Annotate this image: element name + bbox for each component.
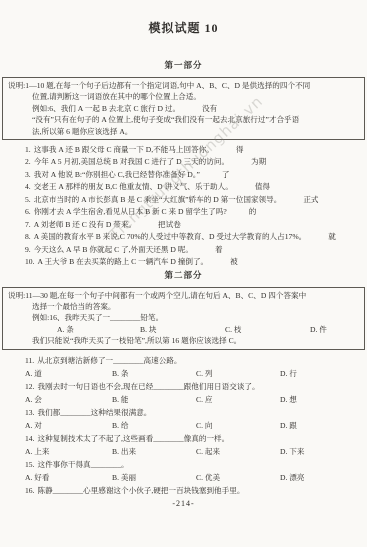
option-a: A. 会 [25, 393, 112, 406]
placement-word: 被 [230, 257, 238, 266]
option-c: C. 应 [196, 393, 280, 406]
example-word: 没有 [202, 104, 217, 113]
option-b: B. 能 [112, 393, 196, 406]
part1-instructions-box: 说明:1—10 题,在每一个句子后边都有一个指定词语,句中 A、B、C、D 是供… [2, 77, 365, 140]
question-number: 8. [25, 232, 31, 241]
part2-heading: 第二部分 [0, 270, 367, 281]
question-number: 16. [25, 486, 35, 495]
instruction-line-2: 位置,请判断这一词语放在其中的哪个位置上合适。 [8, 91, 359, 102]
question-text: A 美国的教育水平 B 来说,C 70%的人受过中等教育、D 受过大学教育的人占… [34, 232, 307, 241]
option-d: D. 行 [280, 367, 363, 380]
question-number: 9. [25, 245, 31, 254]
placement-word: 把试卷 [158, 220, 181, 229]
option-a: A. 条 [57, 324, 140, 335]
question-text: 我们都________这种结果很满意。 [38, 408, 152, 417]
question-text: 今天这么 A 早 B 你就起 C 了,外面天还黑 D 呢。 [34, 245, 193, 254]
instruction-line-5: 我们只能说“我昨天买了一枝铅笔”,所以第 16 题你应该选择 C。 [8, 335, 359, 346]
question-line-12: 12.我刚去时一句日语也不会,现在已经________跟他们用日语交谈了。 [5, 380, 363, 393]
question-text: 这事我 A 还 B 跟父母 C 商量一下 D,不能马上回答你。 [34, 145, 214, 154]
question-number: 15. [25, 460, 35, 469]
question-text: 北京市当时的 A 市长彭真 B 是 C 乘坐“大红旗”轿车的 D 第一位国家领导… [34, 195, 282, 204]
options-row-12: A. 会 B. 能 C. 应 D. 想 [5, 393, 363, 406]
options-row-11: A. 道 B. 条 C. 列 D. 行 [5, 367, 363, 380]
placement-word: 的 [249, 207, 257, 216]
option-a: A. 道 [25, 367, 112, 380]
option-a: A. 上来 [25, 445, 112, 458]
question-line-2: 2.今年 A 5 月初,美国总统 B 对我国 C 进行了 D 三天的访问。为期 [5, 156, 363, 168]
part2-questions: 11.从北京到塘沽新修了一________高速公路。 A. 道 B. 条 C. … [0, 354, 367, 497]
option-c: C. 起来 [196, 445, 280, 458]
option-a: A. 对 [25, 419, 112, 432]
question-number: 10. [25, 257, 35, 266]
question-text: A 刘老师 B 还 C 没有 D 带来。 [34, 220, 136, 229]
question-text: 这种复制技术太了不起了,这些画看________像真的一样。 [38, 434, 230, 443]
question-text: 交老王 A 那样的朋友 B,C 他重友情、D 讲义气、乐于助人。 [34, 182, 233, 191]
example-sentence: 例如:6、我们 A 一起 B 去北京 C 旅行 D 过。 [32, 104, 180, 113]
question-number: 6. [25, 207, 31, 216]
instruction-line-4: “没有”只有在句子的 A 位置上,使句子变成“我们没有一起去北京旅行过”才合乎语 [8, 114, 359, 125]
options-row-15: A. 好看 B. 美丽 C. 优美 D. 漂亮 [5, 471, 363, 484]
instruction-line-1: 说明:11—30 题,在每一个句子中间都有一个或两个空儿,请在句后 A、B、C、… [8, 290, 359, 301]
instruction-example-line: 例如:6、我们 A 一起 B 去北京 C 旅行 D 过。没有 [8, 103, 359, 114]
option-d: D. 件 [310, 324, 359, 335]
option-c: C. 列 [196, 367, 280, 380]
placement-word: 为期 [251, 157, 266, 166]
placement-word: 着 [215, 245, 223, 254]
option-c: C. 枝 [225, 324, 310, 335]
option-c: C. 向 [196, 419, 280, 432]
page-number: -214- [0, 499, 367, 508]
option-b: B. 条 [112, 367, 196, 380]
option-c: C. 优美 [196, 471, 280, 484]
question-number: 5. [25, 195, 31, 204]
placement-word: 就 [328, 232, 336, 241]
exam-page: Tiengtrungthuonghai.vn 模拟试题 10 第一部分 说明:1… [0, 0, 367, 547]
question-line-13: 13.我们都________这种结果很满意。 [5, 406, 363, 419]
option-d: D. 下来 [280, 445, 363, 458]
question-line-14: 14.这种复制技术太了不起了,这些画看________像真的一样。 [5, 432, 363, 445]
part2-instructions-box: 说明:11—30 题,在每一个句子中间都有一个或两个空儿,请在句后 A、B、C、… [2, 287, 365, 350]
question-number: 7. [25, 220, 31, 229]
option-d: D. 跟 [280, 419, 363, 432]
question-number: 4. [25, 182, 31, 191]
question-line-3: 3.我对 A 他说 B:“你别担心 C,我已经替你准备好 D。”了 [5, 169, 363, 181]
question-number: 11. [25, 356, 34, 365]
placement-word: 了 [222, 170, 230, 179]
question-number: 14. [25, 434, 35, 443]
question-text: 我对 A 他说 B:“你别担心 C,我已经替你准备好 D。” [34, 170, 200, 179]
options-row-14: A. 上来 B. 出来 C. 起来 D. 下来 [5, 445, 363, 458]
question-number: 3. [25, 170, 31, 179]
instruction-line-5: 法,所以第 6 题你应该选择 A。 [8, 126, 359, 137]
question-line-6: 6.你刚才去 A 学生宿舍,看见从日本 B 新 C 来 D 留学生了吗?的 [5, 206, 363, 218]
question-line-9: 9.今天这么 A 早 B 你就起 C 了,外面天还黑 D 呢。着 [5, 244, 363, 256]
question-number: 1. [25, 145, 31, 154]
question-line-11: 11.从北京到塘沽新修了一________高速公路。 [5, 354, 363, 367]
instruction-example-line: 例如:16、我昨天买了一________铅笔。 [8, 312, 359, 323]
question-text: 这件事你干得真________。 [38, 460, 129, 469]
question-line-15: 15.这件事你干得真________。 [5, 458, 363, 471]
question-text: 陈静________心里感谢这个小伙子,硬把一百块钱塞到他手里。 [38, 486, 245, 495]
question-line-5: 5.北京市当时的 A 市长彭真 B 是 C 乘坐“大红旗”轿车的 D 第一位国家… [5, 194, 363, 206]
option-d: D. 漂亮 [280, 471, 363, 484]
option-b: B. 美丽 [112, 471, 196, 484]
page-title: 模拟试题 10 [0, 21, 367, 36]
option-b: B. 给 [112, 419, 196, 432]
question-text: 你刚才去 A 学生宿舍,看见从日本 B 新 C 来 D 留学生了吗? [34, 207, 227, 216]
example-options-row: A. 条 B. 块 C. 枝 D. 件 [8, 324, 359, 335]
question-line-1: 1.这事我 A 还 B 跟父母 C 商量一下 D,不能马上回答你。得 [5, 144, 363, 156]
question-text: 从北京到塘沽新修了一________高速公路。 [37, 356, 181, 365]
option-b: B. 块 [140, 324, 225, 335]
option-d: D. 想 [280, 393, 363, 406]
question-text: 今年 A 5 月初,美国总统 B 对我国 C 进行了 D 三天的访问。 [34, 157, 229, 166]
instruction-line-1: 说明:1—10 题,在每一个句子后边都有一个指定词语,句中 A、B、C、D 是供… [8, 80, 359, 91]
question-number: 12. [25, 382, 35, 391]
question-text: 我刚去时一句日语也不会,现在已经________跟他们用日语交谈了。 [38, 382, 260, 391]
placement-word: 值得 [255, 182, 270, 191]
option-b: B. 出来 [112, 445, 196, 458]
placement-word: 得 [236, 145, 244, 154]
part1-heading: 第一部分 [0, 60, 367, 71]
question-line-16: 16.陈静________心里感谢这个小伙子,硬把一百块钱塞到他手里。 [5, 484, 363, 497]
question-line-7: 7.A 刘老师 B 还 C 没有 D 带来。把试卷 [5, 219, 363, 231]
instruction-line-2: 选择一个最恰当的答案。 [8, 301, 359, 312]
question-text: A 王大爷 B 在去买菜的路上 C 一辆汽车 D 撞倒了。 [38, 257, 209, 266]
question-line-8: 8.A 美国的教育水平 B 来说,C 70%的人受过中等教育、D 受过大学教育的… [5, 231, 363, 243]
option-a: A. 好看 [25, 471, 112, 484]
question-number: 13. [25, 408, 35, 417]
question-line-10: 10.A 王大爷 B 在去买菜的路上 C 一辆汽车 D 撞倒了。被 [5, 256, 363, 268]
question-line-4: 4.交老王 A 那样的朋友 B,C 他重友情、D 讲义气、乐于助人。值得 [5, 181, 363, 193]
placement-word: 正式 [303, 195, 318, 204]
part1-questions: 1.这事我 A 还 B 跟父母 C 商量一下 D,不能马上回答你。得 2.今年 … [0, 144, 367, 269]
options-row-13: A. 对 B. 给 C. 向 D. 跟 [5, 419, 363, 432]
question-number: 2. [25, 157, 31, 166]
